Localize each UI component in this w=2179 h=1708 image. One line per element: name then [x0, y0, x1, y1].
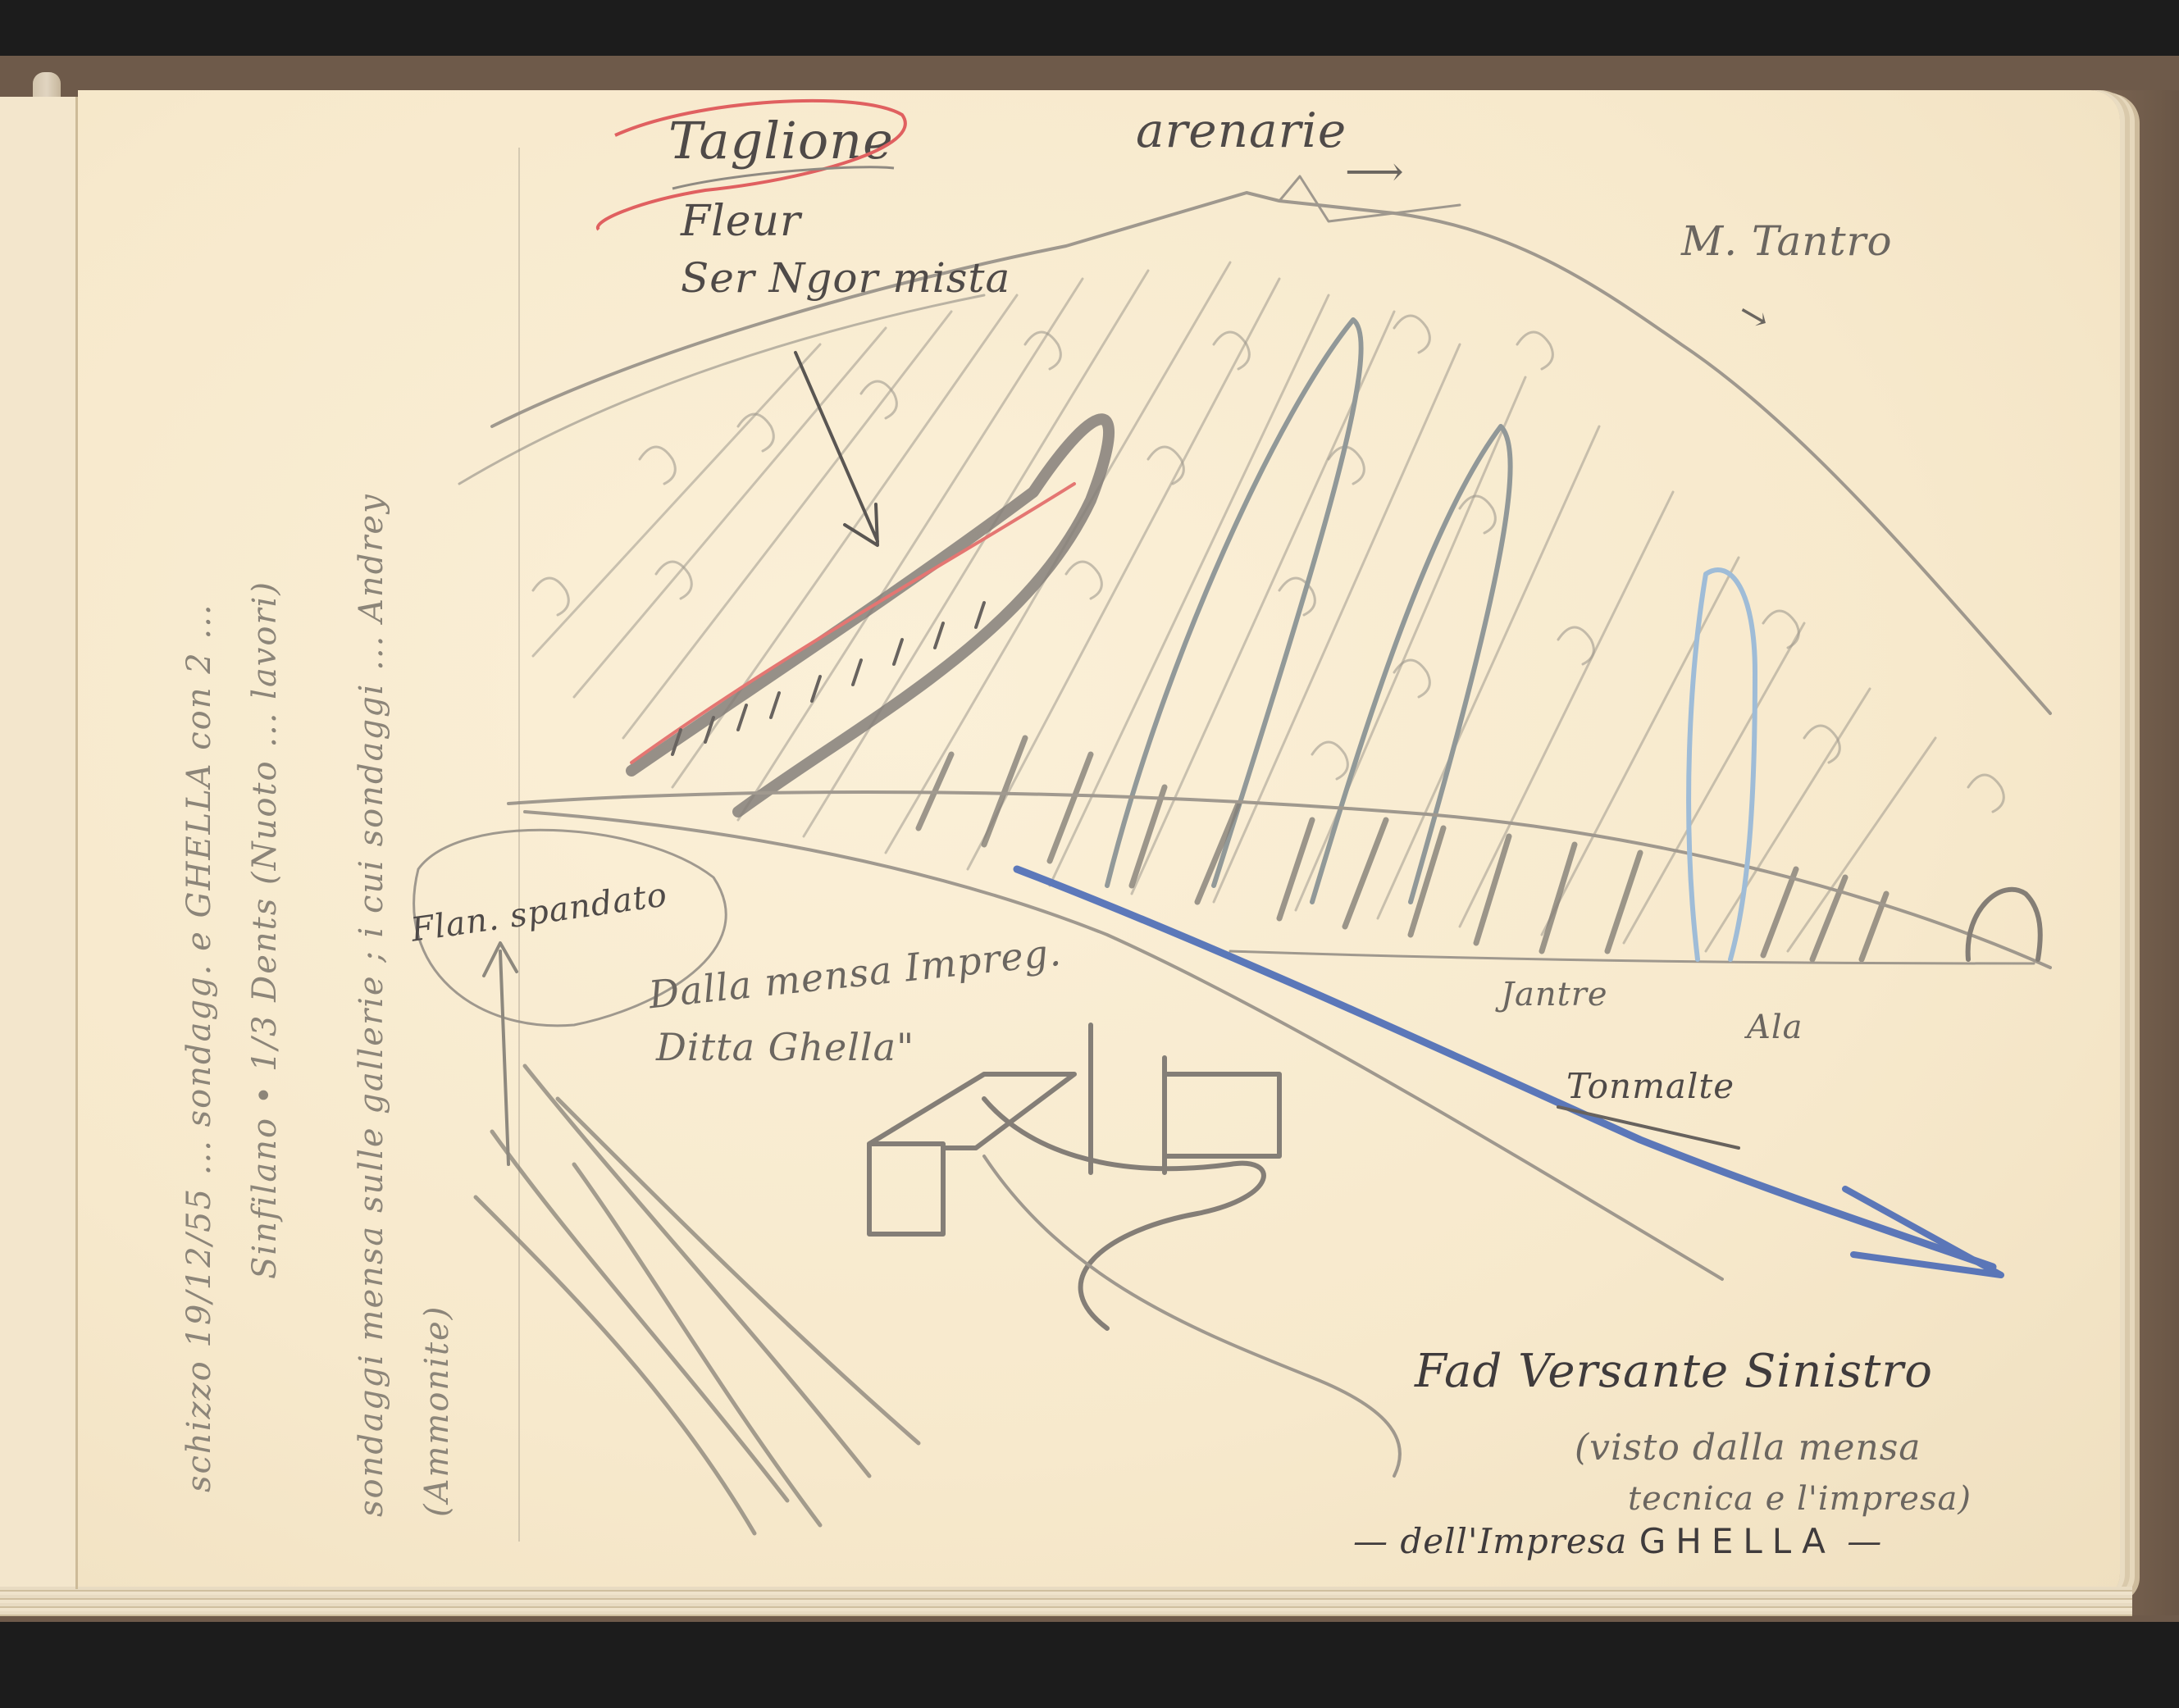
label-fleur: Fleur: [681, 197, 801, 246]
left-facing-page: [0, 97, 84, 1589]
label-visto-dalla-mensa: (visto dalla mensa: [1575, 1427, 1921, 1469]
signature-line: — dell'Impresa GHELLA —: [1353, 1521, 1882, 1561]
label-ser-ngor-mista: Ser Ngor mista: [681, 254, 1010, 302]
margin-note-4: (Ammonite): [418, 1305, 456, 1517]
label-jantre: Jantre: [1501, 976, 1608, 1013]
label-m-tantro: M. Tantro: [1681, 217, 1893, 265]
margin-note-3: sondaggi mensa sulle gallerie ; i cui so…: [353, 493, 390, 1517]
label-tecnica-impresa: tecnica e l'impresa): [1628, 1480, 1972, 1518]
signature-prefix: — dell'Impresa: [1353, 1521, 1627, 1561]
label-arenarie: arenarie: [1136, 102, 1347, 158]
signature-ghella: GHELLA: [1639, 1521, 1835, 1561]
label-versante-sinistro: Fad Versante Sinistro: [1415, 1345, 1933, 1398]
margin-note-2: Sinfilano • 1/3 Dents (Nuoto ... lavori): [246, 581, 284, 1279]
margin-note-1: schizzo 19/12/55 ... sondagg. e GHELLA c…: [180, 603, 218, 1492]
page-fold: [75, 97, 78, 1589]
label-ala: Ala: [1747, 1009, 1803, 1046]
label-taglione: Taglione: [668, 111, 894, 171]
label-ditta-ghella: Ditta Ghella": [656, 1025, 914, 1069]
margin-line: [518, 148, 520, 1542]
label-arenarie-arrow: ⟶: [1345, 148, 1405, 195]
signature-suffix: —: [1847, 1521, 1882, 1561]
label-tonmalte: Tonmalte: [1566, 1066, 1735, 1106]
page-stack-edge: [0, 1587, 2132, 1616]
